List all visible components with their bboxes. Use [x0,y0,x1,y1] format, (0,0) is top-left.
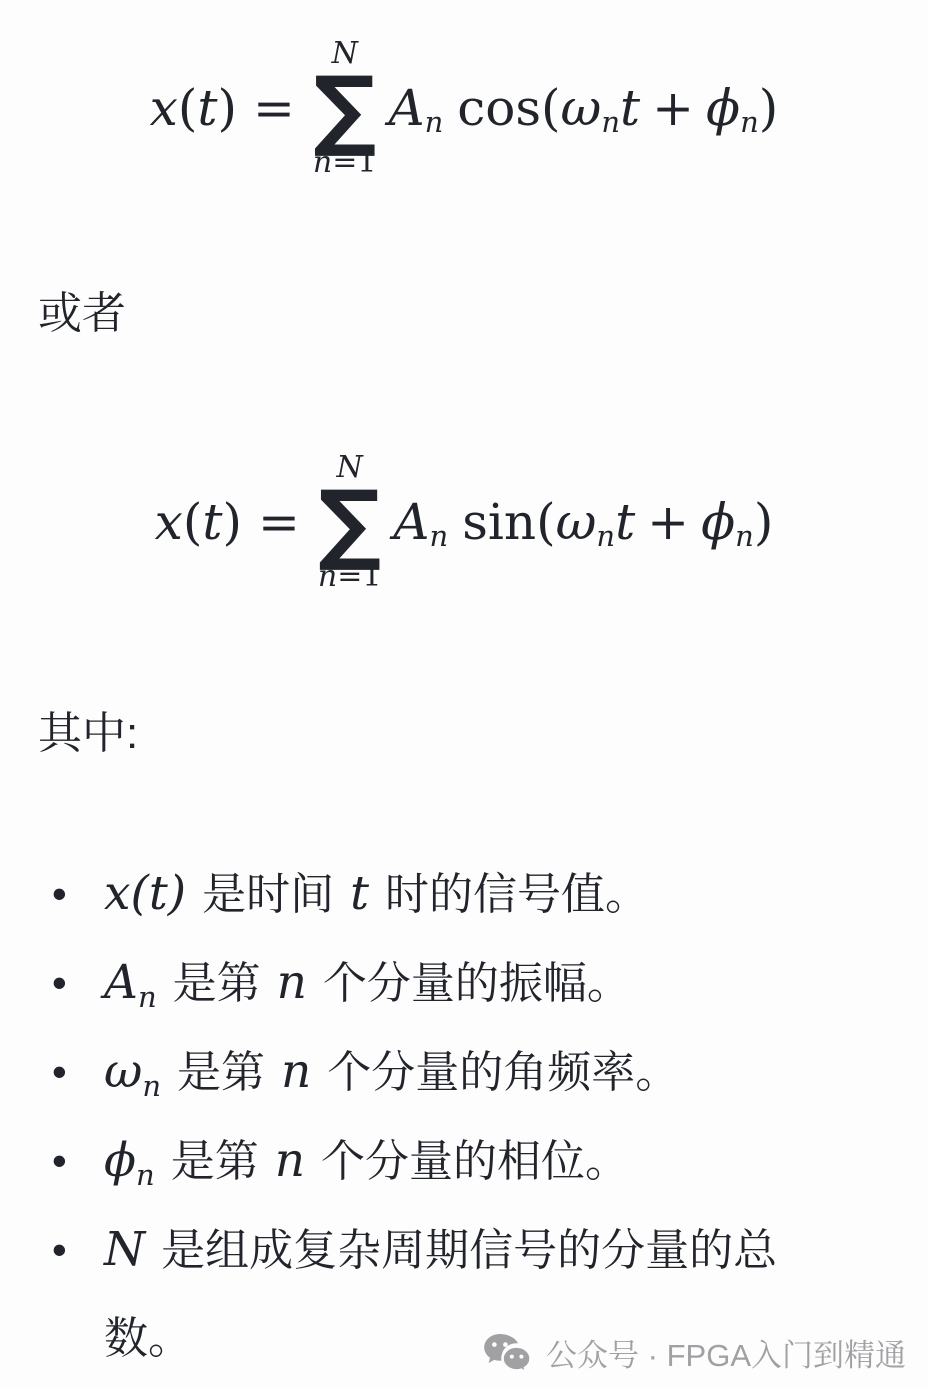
math-token: t [350,866,369,921]
or-label: 或者 [38,288,126,341]
function-name: sin [462,493,536,551]
formula-lhs: x(t)= [150,79,311,137]
sum-lower-limit: n=1 [318,561,382,593]
paren-open: ( [178,79,198,137]
subscript-n: n [425,105,444,139]
definition-text: 是第 [173,959,261,1008]
list-item-text: ϕn是第n个分量的相位。 [104,1119,784,1208]
paren-close: ) [759,79,779,137]
math-var-amplitude: A [388,79,424,137]
paren-open: ( [541,79,561,137]
math-var-t: t [620,79,640,137]
list-item-text: ωn是第n个分量的角频率。 [104,1030,784,1119]
watermark: 公众号 · FPGA入门到精通 [482,1332,906,1378]
formula-cosine-sum: x(t)= N ∑ n=1 Ancos(ωnt+ϕn) [0,38,928,178]
list-item-angular-frequency: • ωn是第n个分量的角频率。 [38,1030,784,1119]
symbol-definition-list: • x(t)是时间t时的信号值。 • An是第n个分量的振幅。 • ωn是第n个… [38,852,784,1381]
math-token: n [281,1044,311,1099]
math-var-omega: ω [561,79,602,137]
definition-text: 是时间 [202,870,334,919]
math-var-t: t [615,493,635,551]
math-token: n [277,955,307,1010]
sigma-icon: ∑ [318,484,381,561]
formula-rhs: Ansin(ωnt+ϕn) [393,493,773,551]
wechat-icon [482,1332,534,1378]
formula-sine-sum: x(t)= N ∑ n=1 Ansin(ωnt+ϕn) [0,452,928,592]
sum-index-var: n [318,559,337,594]
list-item-amplitude: • An是第n个分量的振幅。 [38,941,784,1030]
math-token: An [104,955,157,1010]
definition-text: 是第 [171,1137,259,1186]
paren-close: ) [754,493,774,551]
math-var-x: x [150,79,178,137]
subscript-n: n [601,105,620,139]
definition-text: 是第 [177,1048,265,1097]
sigma-icon: ∑ [313,70,376,147]
math-var-t: t [197,79,217,137]
list-item-xt: • x(t)是时间t时的信号值。 [38,852,784,941]
math-var-omega: ω [556,493,597,551]
bullet-icon: • [38,852,104,936]
watermark-text: 公众号 · FPGA入门到精通 [546,1340,906,1371]
formula-rhs: Ancos(ωnt+ϕn) [388,79,778,137]
function-name: cos [457,79,541,137]
definition-text: 个分量的角频率。 [327,1048,679,1097]
sum-index-start: =1 [337,559,381,594]
definition-text: 个分量的振幅。 [323,959,631,1008]
list-item-phase: • ϕn是第n个分量的相位。 [38,1119,784,1208]
math-var-phi: ϕ [701,493,735,551]
plus-sign: + [652,79,694,137]
subscript-n: n [735,519,754,553]
equals-sign: = [253,79,295,137]
list-item-text: An是第n个分量的振幅。 [104,941,784,1030]
bullet-icon: • [38,1030,104,1114]
paren-open: ( [183,493,203,551]
math-token: n [275,1133,305,1188]
where-label: 其中: [38,708,138,761]
summation-symbol: N ∑ n=1 [318,452,382,592]
sum-lower-limit: n=1 [313,147,377,179]
list-item-text: x(t)是时间t时的信号值。 [104,852,784,941]
subscript-n: n [740,105,759,139]
math-var-t: t [202,493,222,551]
plus-sign: + [647,493,689,551]
bullet-icon: • [38,1119,104,1203]
formula-lhs: x(t)= [155,493,316,551]
definition-text: 个分量的相位。 [321,1137,629,1186]
definition-text: 时的信号值。 [385,870,649,919]
paren-close: ) [222,493,242,551]
math-token: ωn [104,1044,161,1099]
bullet-icon: • [38,941,104,1025]
equals-sign: = [258,493,300,551]
sum-index-start: =1 [332,145,376,180]
bullet-icon: • [38,1208,104,1292]
subscript-n: n [596,519,615,553]
math-var-phi: ϕ [706,79,740,137]
math-var-x: x [155,493,183,551]
paren-open: ( [536,493,556,551]
summation-symbol: N ∑ n=1 [313,38,377,178]
math-token: ϕn [104,1133,155,1188]
math-token: x(t) [104,866,186,921]
sum-index-var: n [313,145,332,180]
paren-close: ) [217,79,237,137]
article-page: x(t)= N ∑ n=1 Ancos(ωnt+ϕn) 或者 x(t)= N ∑… [0,0,928,1389]
math-token: N [104,1222,145,1277]
subscript-n: n [430,519,449,553]
math-var-amplitude: A [393,493,429,551]
